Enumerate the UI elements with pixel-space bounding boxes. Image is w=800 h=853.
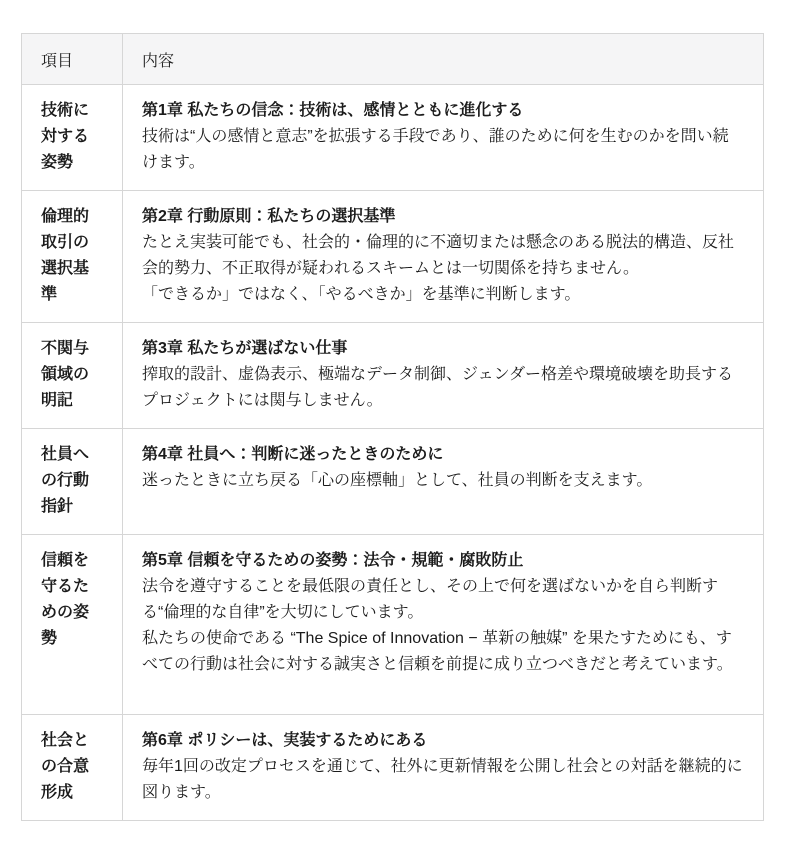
- document-body: 項目 内容 技術に対する姿勢 第1章 私たちの信念：技術は、感情とともに進化する…: [0, 0, 800, 853]
- row-content-cell: 第4章 社員へ：判断に迷ったときのために 迷ったときに立ち戻る「心の座標軸」とし…: [123, 429, 764, 535]
- chapter-heading: 第1章 私たちの信念：技術は、感情とともに進化する: [142, 98, 744, 124]
- row-content-cell: 第6章 ポリシーは、実装するためにある 毎年1回の改定プロセスを通じて、社外に更…: [123, 715, 764, 821]
- policy-table: 項目 内容 技術に対する姿勢 第1章 私たちの信念：技術は、感情とともに進化する…: [21, 33, 764, 821]
- chapter-body: 技術は“人の感情と意志”を拡張する手段であり、誰のために何を生むのかを問い続けま…: [142, 124, 744, 176]
- chapter-heading: 第4章 社員へ：判断に迷ったときのために: [142, 442, 744, 468]
- row-item-label: 信頼を守るための姿勢: [22, 535, 123, 715]
- chapter-body: 私たちの使命である “The Spice of Innovation − 革新の…: [142, 626, 744, 678]
- row-content-cell: 第2章 行動原則：私たちの選択基準 たとえ実装可能でも、社会的・倫理的に不適切ま…: [123, 191, 764, 323]
- column-header-item: 項目: [22, 34, 123, 85]
- row-item-label: 倫理的取引の選択基準: [22, 191, 123, 323]
- row-content-cell: 第5章 信頼を守るための姿勢：法令・規範・腐敗防止 法令を遵守することを最低限の…: [123, 535, 764, 715]
- chapter-body: 迷ったときに立ち戻る「心の座標軸」として、社員の判断を支えます。: [142, 468, 744, 494]
- row-item-label: 社員への行動指針: [22, 429, 123, 535]
- chapter-heading: 第5章 信頼を守るための姿勢：法令・規範・腐敗防止: [142, 548, 744, 574]
- row-content-cell: 第3章 私たちが選ばない仕事 搾取的設計、虚偽表示、極端なデータ制御、ジェンダー…: [123, 323, 764, 429]
- chapter-body: 「できるか」ではなく、「やるべきか」を基準に判断します。: [142, 282, 744, 308]
- table-row: 不関与領域の明記 第3章 私たちが選ばない仕事 搾取的設計、虚偽表示、極端なデー…: [22, 323, 764, 429]
- table-row: 社員への行動指針 第4章 社員へ：判断に迷ったときのために 迷ったときに立ち戻る…: [22, 429, 764, 535]
- chapter-heading: 第2章 行動原則：私たちの選択基準: [142, 204, 744, 230]
- row-item-label: 技術に対する姿勢: [22, 85, 123, 191]
- column-header-content: 内容: [123, 34, 764, 85]
- chapter-heading: 第6章 ポリシーは、実装するためにある: [142, 728, 744, 754]
- row-item-label: 社会との合意形成: [22, 715, 123, 821]
- table-row: 社会との合意形成 第6章 ポリシーは、実装するためにある 毎年1回の改定プロセス…: [22, 715, 764, 821]
- table-row: 技術に対する姿勢 第1章 私たちの信念：技術は、感情とともに進化する 技術は“人…: [22, 85, 764, 191]
- table-row: 信頼を守るための姿勢 第5章 信頼を守るための姿勢：法令・規範・腐敗防止 法令を…: [22, 535, 764, 715]
- chapter-body: たとえ実装可能でも、社会的・倫理的に不適切または懸念のある脱法的構造、反社会的勢…: [142, 230, 744, 282]
- row-content-cell: 第1章 私たちの信念：技術は、感情とともに進化する 技術は“人の感情と意志”を拡…: [123, 85, 764, 191]
- chapter-heading: 第3章 私たちが選ばない仕事: [142, 336, 744, 362]
- row-item-label: 不関与領域の明記: [22, 323, 123, 429]
- table-row: 倫理的取引の選択基準 第2章 行動原則：私たちの選択基準 たとえ実装可能でも、社…: [22, 191, 764, 323]
- chapter-body: 搾取的設計、虚偽表示、極端なデータ制御、ジェンダー格差や環境破壊を助長するプロジ…: [142, 362, 744, 414]
- table-header-row: 項目 内容: [22, 34, 764, 85]
- chapter-body: 毎年1回の改定プロセスを通じて、社外に更新情報を公開し社会との対話を継続的に図り…: [142, 754, 744, 806]
- chapter-body: 法令を遵守することを最低限の責任とし、その上で何を選ばないかを自ら判断する“倫理…: [142, 574, 744, 626]
